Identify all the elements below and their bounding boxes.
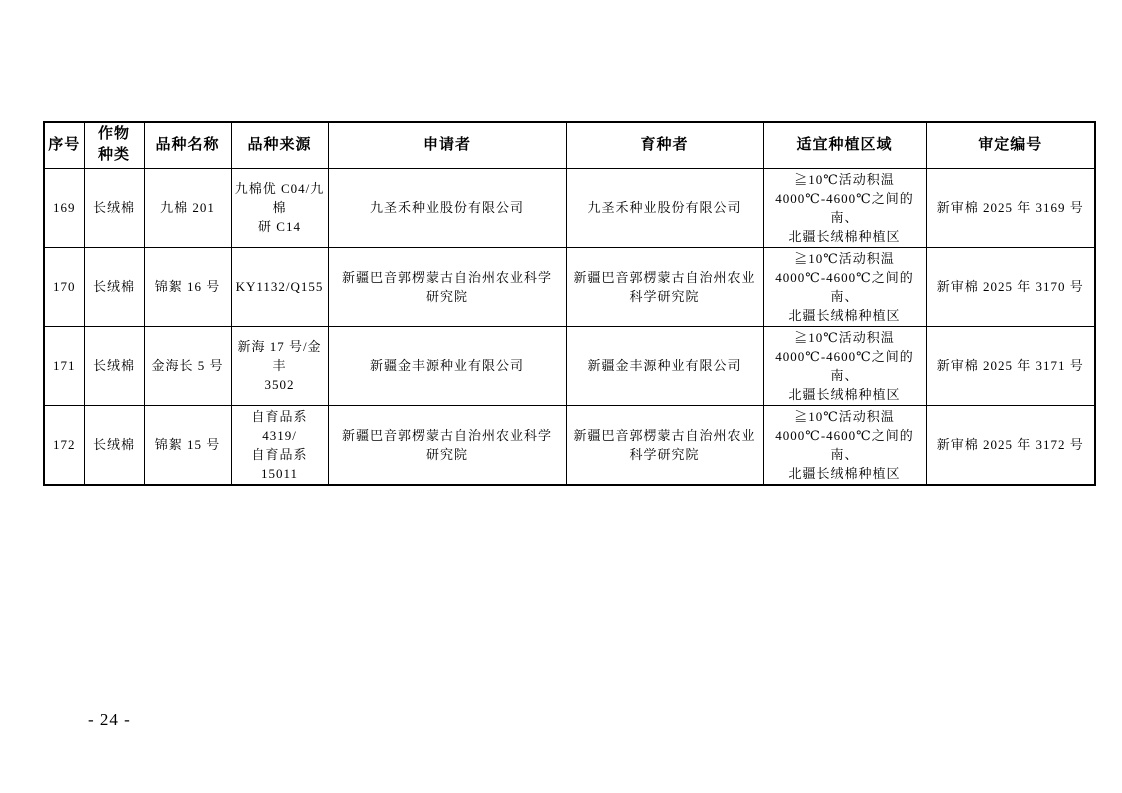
cell-crop-type: 长绒棉 xyxy=(84,405,144,485)
cell-breeder: 九圣禾种业股份有限公司 xyxy=(566,168,763,247)
cell-crop-type: 长绒棉 xyxy=(84,168,144,247)
cell-applicant: 九圣禾种业股份有限公司 xyxy=(328,168,566,247)
cell-applicant: 新疆巴音郭楞蒙古自治州农业科学 研究院 xyxy=(328,247,566,326)
table-row: 171 长绒棉 金海长 5 号 新海 17 号/金丰 3502 新疆金丰源种业有… xyxy=(44,326,1095,405)
table-row: 172 长绒棉 锦絮 15 号 自育品系 4319/ 自育品系 15011 新疆… xyxy=(44,405,1095,485)
cell-variety-source: 九棉优 C04/九棉 研 C14 xyxy=(231,168,328,247)
document-page: 序号 作物 种类 品种名称 品种来源 申请者 育种者 适宜种植区域 审定编号 1… xyxy=(0,0,1122,793)
cell-index: 169 xyxy=(44,168,84,247)
cell-variety-source: KY1132/Q155 xyxy=(231,247,328,326)
cell-planting-region: ≧10℃活动积温 4000℃-4600℃之间的南、 北疆长绒棉种植区 xyxy=(763,247,926,326)
cell-applicant: 新疆金丰源种业有限公司 xyxy=(328,326,566,405)
col-header-planting-region: 适宜种植区域 xyxy=(763,122,926,168)
cell-applicant: 新疆巴音郭楞蒙古自治州农业科学 研究院 xyxy=(328,405,566,485)
cell-certification-no: 新审棉 2025 年 3171 号 xyxy=(926,326,1095,405)
cell-planting-region: ≧10℃活动积温 4000℃-4600℃之间的南、 北疆长绒棉种植区 xyxy=(763,405,926,485)
col-header-certification-no: 审定编号 xyxy=(926,122,1095,168)
cell-crop-type: 长绒棉 xyxy=(84,247,144,326)
col-header-index: 序号 xyxy=(44,122,84,168)
page-number: - 24 - xyxy=(88,710,131,730)
col-header-crop-type: 作物 种类 xyxy=(84,122,144,168)
cell-crop-type: 长绒棉 xyxy=(84,326,144,405)
col-header-breeder: 育种者 xyxy=(566,122,763,168)
cell-variety-name: 金海长 5 号 xyxy=(144,326,231,405)
cell-planting-region: ≧10℃活动积温 4000℃-4600℃之间的南、 北疆长绒棉种植区 xyxy=(763,168,926,247)
table-row: 169 长绒棉 九棉 201 九棉优 C04/九棉 研 C14 九圣禾种业股份有… xyxy=(44,168,1095,247)
cell-variety-name: 锦絮 15 号 xyxy=(144,405,231,485)
cell-index: 170 xyxy=(44,247,84,326)
cell-variety-name: 九棉 201 xyxy=(144,168,231,247)
table-header-row: 序号 作物 种类 品种名称 品种来源 申请者 育种者 适宜种植区域 审定编号 xyxy=(44,122,1095,168)
cell-certification-no: 新审棉 2025 年 3169 号 xyxy=(926,168,1095,247)
cell-variety-source: 新海 17 号/金丰 3502 xyxy=(231,326,328,405)
variety-approval-table: 序号 作物 种类 品种名称 品种来源 申请者 育种者 适宜种植区域 审定编号 1… xyxy=(43,121,1096,486)
cell-planting-region: ≧10℃活动积温 4000℃-4600℃之间的南、 北疆长绒棉种植区 xyxy=(763,326,926,405)
cell-breeder: 新疆巴音郭楞蒙古自治州农业 科学研究院 xyxy=(566,405,763,485)
col-header-variety-source: 品种来源 xyxy=(231,122,328,168)
table-row: 170 长绒棉 锦絮 16 号 KY1132/Q155 新疆巴音郭楞蒙古自治州农… xyxy=(44,247,1095,326)
cell-breeder: 新疆金丰源种业有限公司 xyxy=(566,326,763,405)
cell-certification-no: 新审棉 2025 年 3172 号 xyxy=(926,405,1095,485)
cell-index: 172 xyxy=(44,405,84,485)
cell-index: 171 xyxy=(44,326,84,405)
col-header-variety-name: 品种名称 xyxy=(144,122,231,168)
cell-breeder: 新疆巴音郭楞蒙古自治州农业 科学研究院 xyxy=(566,247,763,326)
cell-variety-source: 自育品系 4319/ 自育品系 15011 xyxy=(231,405,328,485)
col-header-applicant: 申请者 xyxy=(328,122,566,168)
cell-certification-no: 新审棉 2025 年 3170 号 xyxy=(926,247,1095,326)
cell-variety-name: 锦絮 16 号 xyxy=(144,247,231,326)
